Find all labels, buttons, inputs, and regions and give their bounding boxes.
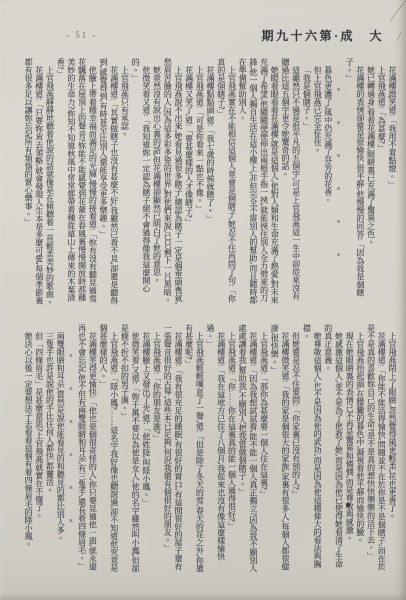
page-header: - 51 - 期九十六第·成 大 <box>0 27 406 45</box>
page-number: - 51 - <box>66 30 98 40</box>
article-paragraph: 花滿樓微笑道:「我的家是個很大的家族,家裏有很多人,每個人都很健康,很快樂。」 <box>269 324 290 574</box>
scanned-magazine-page: - 51 - 期九十六第·成 大 花滿樓微笑道:「我用不着點燈。」上官飛燕道:「… <box>0 0 406 600</box>
scene-break-marker: ×××××× <box>65 324 76 574</box>
article-paragraph: 花滿樓道:「你能不能活得愉快,問題並不在於你是不是個瞎子,而在於是不是真的喜歡妳… <box>365 324 386 574</box>
journal-title: 期九十六第·成 大 <box>261 27 384 44</box>
article-paragraph: 花滿樓道:「我有很充足的睡眠,有很好的胃口,有這間很好的屋子還有一張聲音很好的古… <box>162 324 183 574</box>
article-paragraph: 花滿樓道:「因為我想試試看,能不能一個人真正獨立?因為我不願別人處處讓着我,幫助… <box>236 324 257 574</box>
article-paragraph: 上官飛燕道:「可是你看來一點也不像。」 <box>194 58 205 306</box>
article-paragraph: 上官飛燕抬起頭,在朦朧的暮色中,凝視着他平靜而愉快的臉。 <box>354 324 365 574</box>
article-paragraph: 上官飛燕說不出來,她看見過很多瞎子,總認為瞎子一定是個垂頭喪氣,愁眉苦臉的人,因… <box>162 58 183 306</box>
article-paragraph: 花滿樓臉上又發出了光,道:「他姓陸,叫陸小鳳。」 <box>140 324 151 574</box>
article-paragraph: 花滿樓道:「只要妳肯去領略,就會發現人生本是多麼可愛,每個季節裏都有很多足以讓妳… <box>22 58 43 306</box>
article-paragraph: 上官飛燕實在不能相信這個人竟會是個瞎子,她忍不住再問了句:「你真的是個瞎子?」 <box>215 58 236 306</box>
article-paragraph: 她決心以後一定要想法子去看看這個有着四條眉毛的陸小鳳。 <box>22 324 33 574</box>
article-band-lower: 上官飛燕閉上了眼睛,忽然覺得風更輕柔,花也更香了。花滿樓道:「你能不能活得愉快,… <box>0 324 397 574</box>
article-paragraph: 花滿樓道:「其實做瞎子也沒有甚麼不好,我雖然已看不見,卻還是聽得到,感覺得到,有… <box>97 58 118 306</box>
article-paragraph: 兩雙眼睛和耳朵,當然是說他能看見的和聽見的都比別人多。 <box>55 324 66 574</box>
page-corner-crease-mark <box>390 0 406 21</box>
article-paragraph: 花滿樓點點頭,道:「我七歲的時候就瞎了。」 <box>204 58 215 306</box>
article-paragraph: 花滿樓道:「我在這地方已住了八個月,我從來也沒有像這麼樣愉快過。」 <box>204 324 225 574</box>
article-paragraph: 三隻手也許是說他的手比任何人都快,都靈活。 <box>44 324 55 574</box>
article-paragraph: 上官飛燕閉上了眼睛,忽然覺得風更輕柔,花也更香了。 <box>386 324 397 574</box>
article-paragraph: 現在她眼睛裏的表情已不再是驚異和憐憫,而是尊敬與感激。 <box>343 324 354 574</box>
article-paragraph: 上官飛燕輕輕嘆息了一聲,道:「但是除了冬天的雪,春天的花之外,你還有甚麼呢?」 <box>183 324 204 574</box>
article-paragraph: 他微笑着又道:「我知道妳一定認為瞎子絕不會過得像我這麼開心的。」 <box>129 58 150 306</box>
article-paragraph: 她竟然沒有說出心裏的話,但花滿樓卻顯然已明白了她的意思。 <box>151 58 162 306</box>
article-paragraph: 上官飛燕道:「為甚麼?」 <box>376 58 387 306</box>
article-paragraph: 「我是個瞎子。」 <box>301 58 312 306</box>
article-paragraph: 上官飛燕道:「你……你在這裏真的能一個人過得很好?」 <box>226 324 237 574</box>
article-paragraph: 暮色更濃了,風中仍充滿了芬芳的花香。 <box>322 58 333 306</box>
article-paragraph: 這雖然只不過是很平凡的五個字,可是上官飛燕這一生中卻從來沒有聽過比這五個字更令她… <box>279 58 300 306</box>
article-paragraph: 上官飛燕道:「陸小鳳?……這名字我好像也聽說過,卻不知道他究竟是個甚麼樣的人。」 <box>97 324 118 574</box>
article-paragraph: 但「四條眉毛」是甚麼意思?上官飛燕就實在不懂了。 <box>33 324 44 574</box>
scene-break-marker: ×××××× <box>333 58 344 306</box>
article-paragraph: 她感激這個人,並不是為了他救了她,而是因為他已使得她看清了生命的真正意義。 <box>322 324 343 574</box>
article-paragraph: 他微笑着,又道:「妳千萬不要以為他是女人,他的名字雖然叫小鳳,但卻是條不折不扣的… <box>119 324 140 574</box>
article-paragraph: 上官飛燕只有承認。 <box>119 58 130 306</box>
article-paragraph: 上官飛燕道:「你的朋友是誰?」 <box>151 324 162 574</box>
article-paragraph: 但她還是忍不住要問:「你家裏已沒有別的人?」 <box>290 324 301 574</box>
article-paragraph: 花滿樓的表情卻還是很愉快,很平靜,他慢慢的回答:「因為我是個瞎子。」 <box>343 58 364 306</box>
article-paragraph: 她瞪着眼看着花滿樓,就是這個人,他對人類和生命充滿了熱愛,對未來充滿了希望,他隨… <box>236 58 279 306</box>
article-paragraph: 她尊敬這個人,也不是因為他的武功,而是因為他這種偉大的看法與胸襟。 <box>301 324 322 574</box>
article-paragraph: 她已轉過身,看着花滿樓,眼睛裏已充滿了驚異之色。 <box>365 58 376 306</box>
article-paragraph: 他臉上帶着種幸福而滿足的光輝,慢慢的接着道:「妳有沒有聽見過雪花飄落在屋頂上的聲… <box>55 58 98 306</box>
article-band-upper: 花滿樓微笑道:「我用不着點燈。」上官飛燕道:「為甚麼?」她已轉過身,看着花滿樓,… <box>0 58 397 306</box>
article-paragraph: 上官飛燕道:「那你為甚麼要一個人住在這裏?」 <box>258 324 269 574</box>
article-paragraph: 上官飛燕靜靜地聽着他說的話就像是在傾聽着一首輕柔美妙的歌曲。 <box>44 58 55 306</box>
article-paragraph: 花滿樓笑得更愉快:「他也是個很奇怪的人,你只要見過他一面,就永遠再也不會忘記,他… <box>76 324 97 574</box>
article-paragraph: 但上官飛燕已完全怔住。 <box>311 58 322 306</box>
article-paragraph: 花滿樓又笑了,道:「要甚麼樣的人才像瞎子?」 <box>183 58 194 306</box>
